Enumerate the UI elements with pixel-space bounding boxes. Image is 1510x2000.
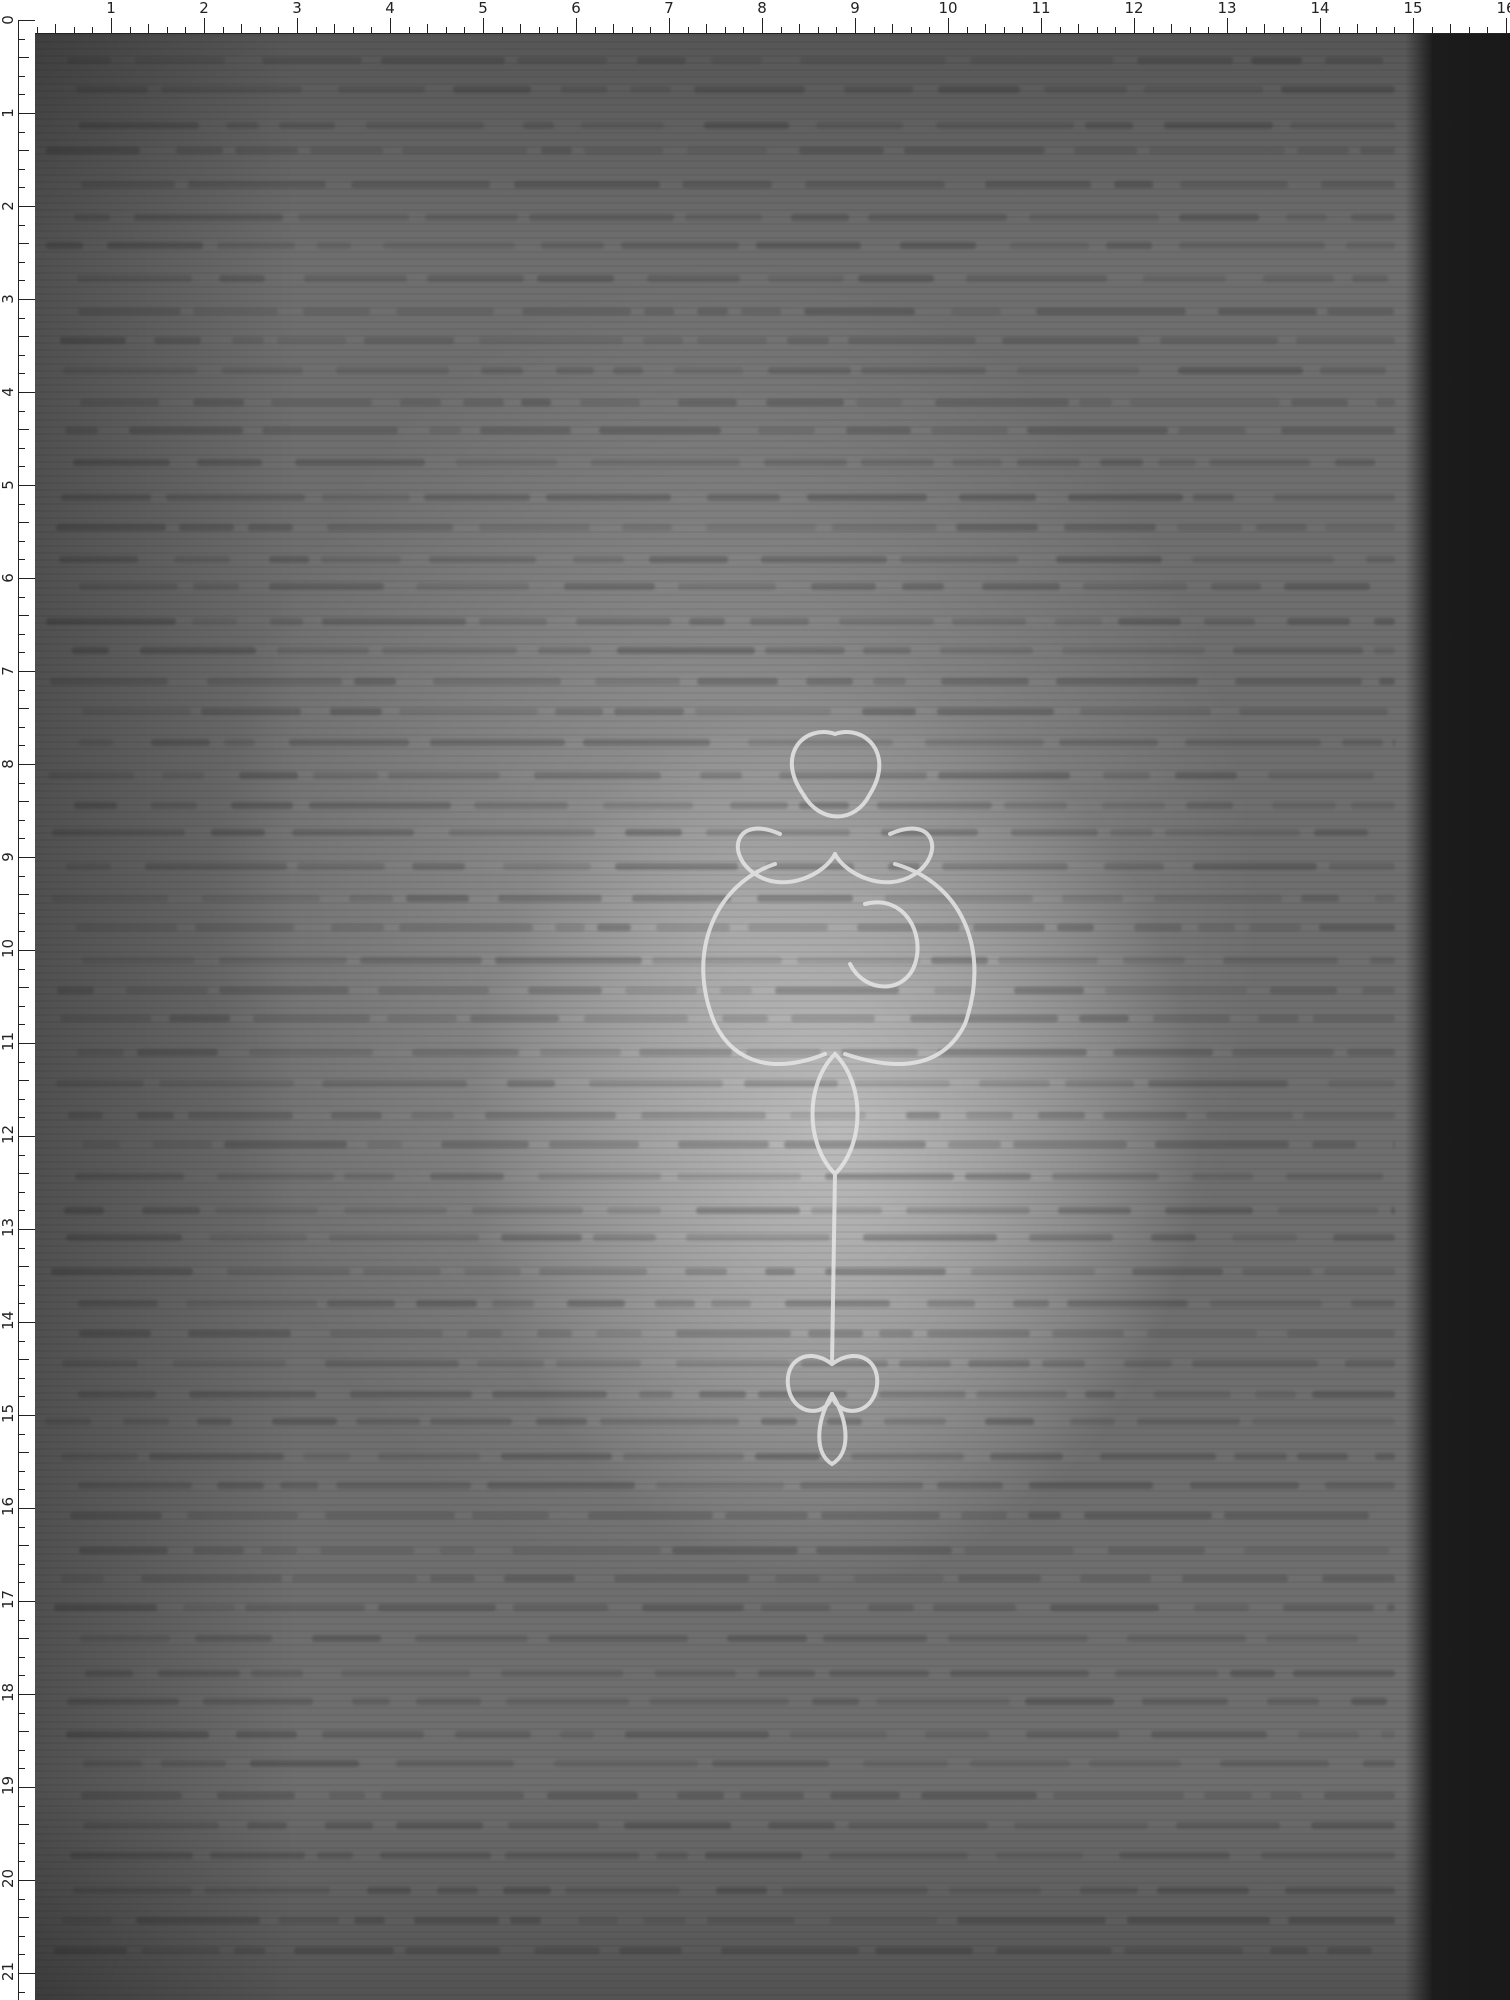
ruler-label: 2	[0, 198, 16, 214]
ruler-tick	[18, 745, 25, 746]
ruler-tick	[1041, 18, 1042, 34]
ruler-label: 4	[385, 0, 395, 16]
ruler-tick	[1134, 18, 1135, 34]
ruler-label: 20	[0, 1872, 16, 1888]
ruler-label: 6	[0, 570, 16, 586]
ruler-label: 1	[106, 0, 116, 16]
ruler-tick	[18, 243, 29, 244]
ruler-tick	[18, 1434, 25, 1435]
vignette-shading	[35, 34, 1510, 2000]
ruler-tick	[18, 113, 35, 114]
ruler-tick	[18, 336, 29, 337]
ruler-tick	[18, 20, 35, 21]
ruler-tick	[18, 559, 25, 560]
ruler-label: 9	[0, 849, 16, 865]
ruler-baseline	[18, 20, 19, 2000]
ruler-label: 8	[757, 0, 767, 16]
ruler-tick	[18, 1917, 29, 1918]
ruler-tick	[18, 1173, 29, 1174]
ruler-label: 12	[1124, 0, 1143, 16]
ruler-tick	[18, 764, 35, 765]
ruler-tick	[18, 838, 25, 839]
ruler-tick	[18, 969, 25, 970]
ruler-tick	[18, 466, 25, 467]
ruler-tick	[18, 708, 29, 709]
ruler-tick	[204, 18, 205, 34]
top-ruler: 012345678910111213141516	[0, 0, 1510, 34]
ruler-label: 13	[0, 1221, 16, 1237]
ruler-tick	[18, 1899, 25, 1900]
ruler-tick	[18, 1843, 25, 1844]
ruler-tick	[18, 987, 29, 988]
ruler-tick	[18, 578, 35, 579]
ruler-label: 16	[1496, 0, 1510, 16]
ruler-tick	[18, 355, 25, 356]
ruler-label: 16	[0, 1500, 16, 1516]
ruler-tick	[18, 39, 25, 40]
ruler-tick	[18, 1266, 29, 1267]
ruler-tick	[18, 522, 29, 523]
ruler-tick	[18, 1080, 29, 1081]
ruler-label: 6	[571, 0, 581, 16]
ruler-tick	[483, 18, 484, 34]
ruler-tick	[18, 1861, 25, 1862]
ruler-tick	[18, 1155, 25, 1156]
ruler-tick	[18, 1638, 29, 1639]
ruler-label: 14	[0, 1314, 16, 1330]
ruler-tick	[762, 18, 763, 34]
ruler-tick	[18, 857, 35, 858]
ruler-tick	[18, 429, 29, 430]
ruler-label: 19	[0, 1779, 16, 1795]
ruler-tick	[948, 18, 949, 34]
ruler-tick	[18, 1285, 25, 1286]
ruler-tick	[1320, 18, 1321, 34]
ruler-label: 13	[1217, 0, 1236, 16]
ruler-tick	[18, 262, 25, 263]
ruler-tick	[18, 1192, 25, 1193]
ruler-label: 5	[0, 477, 16, 493]
ruler-tick	[18, 1248, 25, 1249]
ruler-tick	[18, 280, 25, 281]
ruler-label: 3	[292, 0, 302, 16]
ruler-tick	[390, 18, 391, 34]
ruler-tick	[18, 504, 25, 505]
ruler-tick	[18, 392, 35, 393]
ruler-tick	[18, 1229, 35, 1230]
ruler-tick	[18, 225, 25, 226]
ruler-label: 7	[0, 663, 16, 679]
ruler-tick	[18, 652, 25, 653]
ruler-tick	[18, 1359, 29, 1360]
ruler-label: 17	[0, 1593, 16, 1609]
ruler-tick	[18, 1620, 25, 1621]
ruler-label: 8	[0, 756, 16, 772]
ruler-tick	[18, 1601, 35, 1602]
ruler-tick	[669, 18, 670, 34]
ruler-tick	[18, 411, 25, 412]
ruler-tick	[18, 876, 25, 877]
ruler-tick	[1506, 18, 1507, 34]
ruler-tick	[18, 1992, 25, 1993]
ruler-tick	[18, 1062, 25, 1063]
ruler-tick	[18, 206, 35, 207]
ruler-tick	[18, 1099, 25, 1100]
ruler-tick	[1413, 18, 1414, 34]
ruler-tick	[18, 1303, 25, 1304]
ruler-tick	[18, 1954, 25, 1955]
ruler-tick	[18, 1043, 35, 1044]
ruler-tick	[18, 541, 25, 542]
ruler-tick	[18, 76, 25, 77]
ruler-tick	[18, 1731, 29, 1732]
ruler-tick	[18, 1936, 25, 1937]
ruler-tick	[18, 448, 25, 449]
ruler-tick	[18, 1471, 25, 1472]
ruler-tick	[18, 132, 25, 133]
ruler-tick	[18, 299, 35, 300]
ruler-label: 4	[0, 384, 16, 400]
ruler-tick	[18, 1545, 29, 1546]
ruler-tick	[18, 169, 25, 170]
ruler-label: 21	[0, 1965, 16, 1981]
ruler-label: 11	[0, 1035, 16, 1051]
ruler-label: 15	[1403, 0, 1422, 16]
ruler-tick	[18, 1341, 25, 1342]
ruler-label: 10	[938, 0, 957, 16]
ruler-tick	[576, 18, 577, 34]
ruler-tick	[18, 1713, 25, 1714]
ruler-tick	[18, 1489, 25, 1490]
ruler-tick	[18, 1378, 25, 1379]
ruler-label: 7	[664, 0, 674, 16]
ruler-tick	[18, 671, 35, 672]
ruler-tick	[18, 485, 35, 486]
ruler-tick	[18, 1750, 25, 1751]
ruler-label: 15	[0, 1407, 16, 1423]
ruler-tick	[18, 894, 29, 895]
ruler-tick	[18, 1768, 25, 1769]
ruler-label: 18	[0, 1686, 16, 1702]
ruler-tick	[18, 820, 25, 821]
ruler-tick	[18, 1806, 25, 1807]
ruler-tick	[18, 1024, 25, 1025]
ruler-tick	[18, 318, 25, 319]
ruler-tick	[18, 1527, 25, 1528]
ruler-tick	[18, 801, 29, 802]
ruler-tick	[18, 1415, 35, 1416]
ruler-tick	[18, 634, 25, 635]
ruler-tick	[18, 1973, 35, 1974]
ruler-tick	[18, 1452, 29, 1453]
ruler-tick	[18, 783, 25, 784]
ruler-tick	[18, 1787, 35, 1788]
ruler-tick	[855, 18, 856, 34]
shadow-edge	[1405, 34, 1510, 2000]
ruler-tick	[18, 1210, 25, 1211]
ruler-label: 10	[0, 942, 16, 958]
ruler-label: 1	[0, 105, 16, 121]
ruler-tick	[18, 1824, 29, 1825]
ruler-tick	[18, 1136, 35, 1137]
ruler-tick	[18, 373, 25, 374]
ruler-label: 11	[1031, 0, 1050, 16]
ruler-tick	[18, 1322, 35, 1323]
ruler-tick	[18, 1564, 25, 1565]
ruler-tick	[18, 1006, 25, 1007]
ruler-tick	[18, 615, 29, 616]
ruler-tick	[18, 1396, 25, 1397]
ruler-label: 12	[0, 1128, 16, 1144]
ruler-tick	[18, 1508, 35, 1509]
ruler-tick	[1227, 18, 1228, 34]
ruler-tick	[18, 690, 25, 691]
ruler-tick	[111, 18, 112, 34]
ruler-tick	[18, 1657, 25, 1658]
ruler-tick	[18, 1117, 25, 1118]
ruler-label: 9	[850, 0, 860, 16]
ruler-tick	[18, 1582, 25, 1583]
ruler-tick	[18, 950, 35, 951]
ruler-tick	[18, 150, 29, 151]
paper-photograph	[35, 34, 1510, 2000]
ruler-tick	[18, 1694, 35, 1695]
ruler-label: 3	[0, 291, 16, 307]
ruler-tick	[18, 931, 25, 932]
ruler-tick	[18, 1675, 25, 1676]
ruler-label: 5	[478, 0, 488, 16]
ruler-tick	[18, 913, 25, 914]
ruler-tick	[18, 597, 25, 598]
ruler-label: 14	[1310, 0, 1329, 16]
ruler-tick	[18, 57, 29, 58]
ruler-label: 0	[0, 12, 16, 28]
ruler-tick	[18, 94, 25, 95]
ruler-label: 2	[199, 0, 209, 16]
ruler-tick	[18, 187, 25, 188]
ruler-tick	[297, 18, 298, 34]
ruler-tick	[18, 1880, 35, 1881]
ruler-tick	[18, 727, 25, 728]
left-ruler: 0123456789101112131415161718192021	[0, 0, 35, 2000]
